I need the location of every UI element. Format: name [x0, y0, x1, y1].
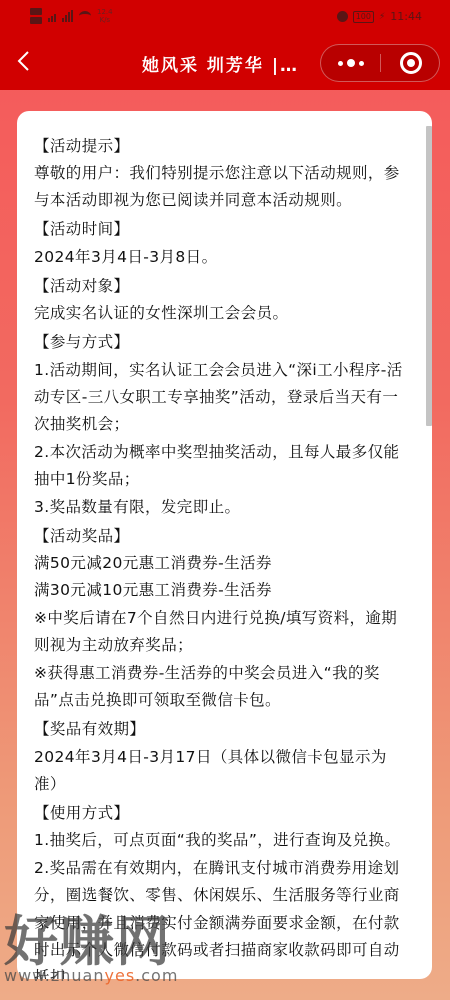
status-left: 12.4 K/s	[30, 8, 113, 24]
battery-icon: 100	[353, 11, 374, 23]
rule-text: 1.活动期间，实名认证工会会员进入“深i工小程序-活动专区-三八女职工专享抽奖”…	[34, 357, 404, 439]
back-button[interactable]	[16, 49, 40, 77]
status-right: 100 ⚡ 11:44	[337, 10, 422, 23]
more-dot-icon	[338, 61, 343, 66]
page-title: 她风采 圳芳华 |…	[142, 51, 299, 76]
charging-icon: ⚡	[379, 12, 385, 22]
status-bar: 12.4 K/s 100 ⚡ 11:44	[0, 0, 450, 36]
section-heading: 【活动奖品】	[34, 523, 404, 550]
alarm-icon	[337, 11, 348, 22]
rule-text: 尊敬的用户：我们特别提示您注意以下活动规则，参与本活动即视为您已阅读并同意本活动…	[34, 160, 404, 215]
rule-text: ※获得惠工消费券-生活券的中奖会员进入“我的奖品”点击兑换即可领取至微信卡包。	[34, 660, 404, 715]
section-heading: 【使用方式】	[34, 800, 404, 827]
section-heading: 【活动时间】	[34, 216, 404, 243]
network-speed-unit: K/s	[97, 16, 113, 24]
rule-text: ※中奖后请在7个自然日内进行兑换/填写资料，逾期则视为主动放弃奖品；	[34, 605, 404, 660]
network-speed-value: 12.4	[97, 8, 113, 16]
rule-text: 完成实名认证的女性深圳工会会员。	[34, 300, 404, 327]
rules-card: 【活动提示】尊敬的用户：我们特别提示您注意以下活动规则，参与本活动即视为您已阅读…	[17, 111, 432, 979]
rule-text: 2024年3月4日-3月8日。	[34, 244, 404, 271]
section-heading: 【活动提示】	[34, 133, 404, 160]
network-speed: 12.4 K/s	[97, 8, 113, 24]
wifi-icon	[79, 11, 91, 21]
section-heading: 【奖品有效期】	[34, 716, 404, 743]
rules-content: 【活动提示】尊敬的用户：我们特别提示您注意以下活动规则，参与本活动即视为您已阅读…	[34, 131, 404, 979]
more-dot-icon	[359, 61, 364, 66]
clock: 11:44	[390, 10, 422, 23]
more-button[interactable]	[321, 45, 380, 81]
mini-program-capsule	[320, 44, 440, 82]
rule-text: 2.本次活动为概率中奖型抽奖活动，且每人最多仅能抽中1份奖品；	[34, 439, 404, 494]
section-heading: 【参与方式】	[34, 329, 404, 356]
section-heading: 【活动对象】	[34, 273, 404, 300]
rule-text: 2024年3月4日-3月17日（具体以微信卡包显示为准）	[34, 744, 404, 799]
signal-icon	[48, 10, 56, 22]
nav-bar: 她风采 圳芳华 |…	[0, 36, 450, 90]
close-button[interactable]	[381, 45, 440, 81]
rule-text: 3.奖品数量有限，发完即止。	[34, 494, 404, 521]
sim-icon	[30, 8, 42, 24]
scrollbar[interactable]	[426, 126, 432, 426]
more-dot-icon	[347, 59, 355, 67]
rule-text: 2.奖品需在有效期内，在腾讯支付城市消费券用途划分，圈选餐饮、零售、休闲娱乐、生…	[34, 855, 404, 979]
rule-text: 满30元减10元惠工消费券-生活券	[34, 577, 404, 604]
chevron-left-icon	[16, 49, 32, 73]
rule-text: 1.抽奖后，可点页面“我的奖品”，进行查询及兑换。	[34, 827, 404, 854]
signal-icon-2	[62, 10, 73, 22]
rule-text: 满50元减20元惠工消费券-生活券	[34, 550, 404, 577]
close-target-icon	[400, 52, 422, 74]
